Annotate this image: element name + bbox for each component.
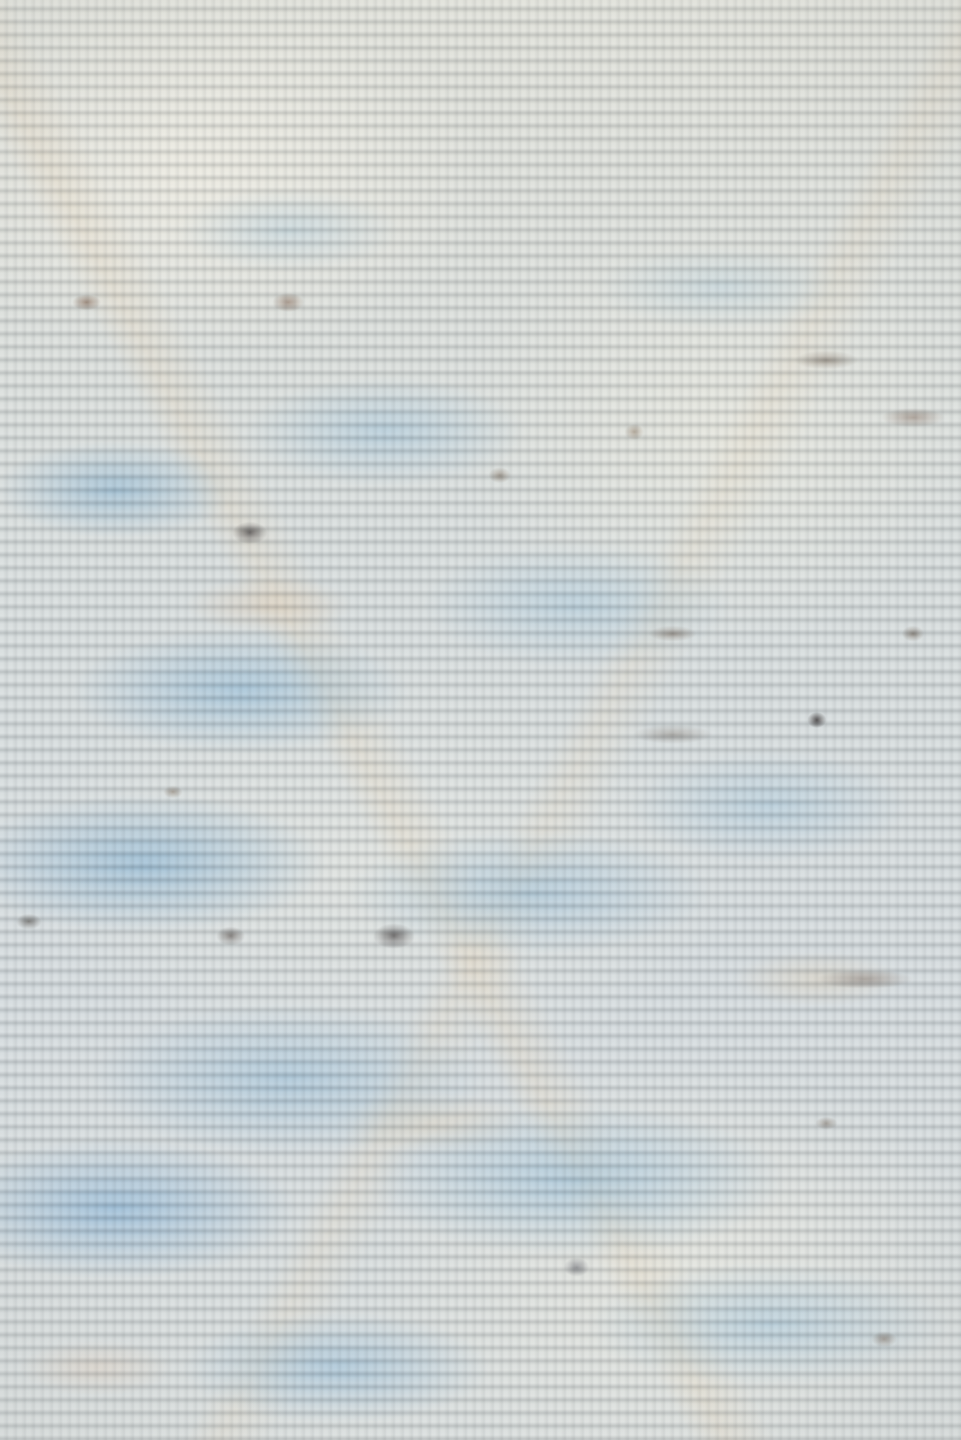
vignette bbox=[0, 0, 961, 1440]
rug-texture-photo bbox=[0, 0, 961, 1440]
